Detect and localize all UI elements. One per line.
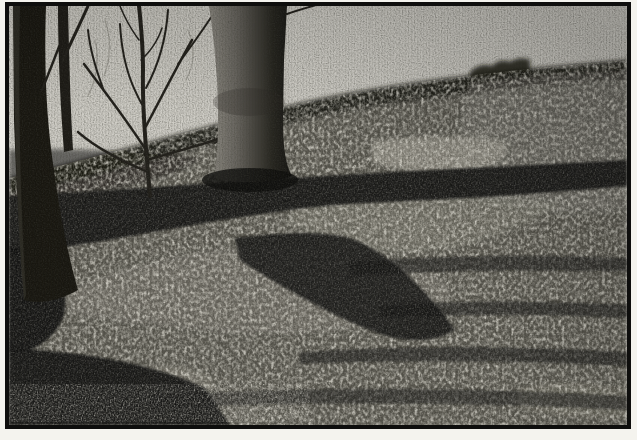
halftone-photograph [0, 0, 637, 440]
photograph-content [9, 5, 627, 427]
page [0, 0, 637, 440]
photo-canvas [0, 0, 637, 440]
vignette [9, 6, 627, 425]
